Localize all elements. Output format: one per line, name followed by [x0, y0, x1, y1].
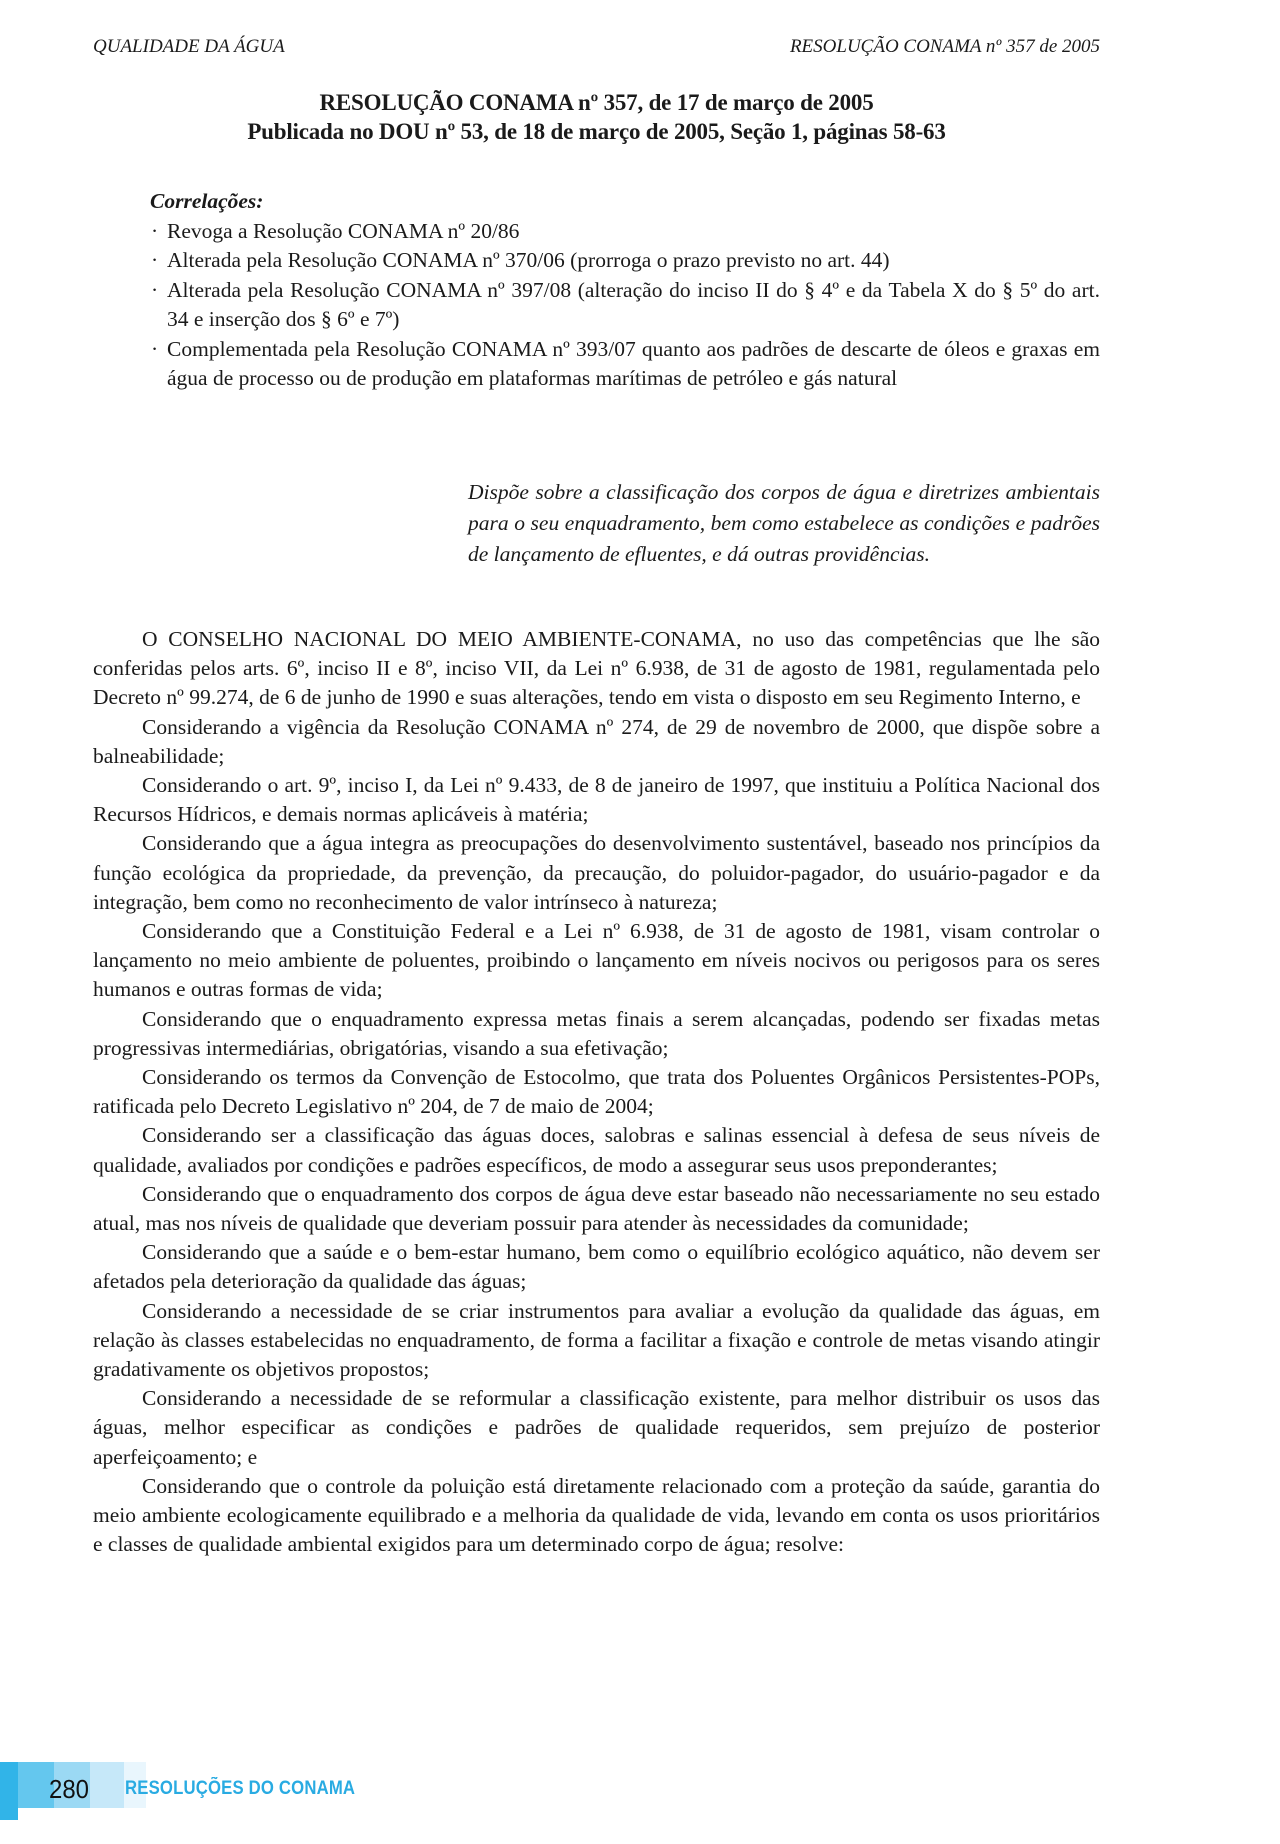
paragraph: Considerando a necessidade de se reformu… [93, 1384, 1100, 1472]
list-item: · Alterada pela Resolução CONAMA nº 370/… [150, 246, 1100, 276]
list-item-text: Alterada pela Resolução CONAMA nº 370/06… [167, 248, 890, 272]
document-title: RESOLUÇÃO CONAMA nº 357, de 17 de março … [73, 88, 1120, 146]
paragraph: Considerando o art. 9º, inciso I, da Lei… [93, 771, 1100, 829]
footer-section-label: RESOLUÇÕES DO CONAMA [125, 1779, 355, 1798]
paragraph: O CONSELHO NACIONAL DO MEIO AMBIENTE-CON… [93, 625, 1100, 713]
paragraph: Considerando que a saúde e o bem-estar h… [93, 1238, 1100, 1296]
body-text: O CONSELHO NACIONAL DO MEIO AMBIENTE-CON… [93, 625, 1100, 1560]
paragraph: Considerando que a Constituição Federal … [93, 917, 1100, 1005]
document-title-line2: Publicada no DOU nº 53, de 18 de março d… [73, 117, 1120, 146]
list-item: · Complementada pela Resolução CONAMA nº… [150, 335, 1100, 394]
correlations-list: · Revoga a Resolução CONAMA nº 20/86 · A… [150, 217, 1100, 394]
paragraph: Considerando a necessidade de se criar i… [93, 1297, 1100, 1385]
footer: 280 RESOLUÇÕES DO CONAMA [0, 1762, 400, 1822]
list-item: · Revoga a Resolução CONAMA nº 20/86 [150, 217, 1100, 247]
paragraph: Considerando os termos da Convenção de E… [93, 1063, 1100, 1121]
paragraph: Considerando ser a classificação das águ… [93, 1121, 1100, 1179]
footer-bar-segment [90, 1762, 124, 1808]
running-header: QUALIDADE DA ÁGUA RESOLUÇÃO CONAMA nº 35… [93, 36, 1100, 58]
paragraph: Considerando a vigência da Resolução CON… [93, 713, 1100, 771]
running-header-right: RESOLUÇÃO CONAMA nº 357 de 2005 [790, 36, 1100, 58]
running-header-left: QUALIDADE DA ÁGUA [93, 36, 285, 58]
paragraph: Considerando que o controle da poluição … [93, 1472, 1100, 1560]
list-item: · Alterada pela Resolução CONAMA nº 397/… [150, 276, 1100, 335]
paragraph: Considerando que a água integra as preoc… [93, 829, 1100, 917]
paragraph: Considerando que o enquadramento dos cor… [93, 1180, 1100, 1238]
correlations-block: Correlações: · Revoga a Resolução CONAMA… [150, 187, 1100, 394]
correlations-heading: Correlações: [150, 187, 1100, 217]
ementa-summary: Dispõe sobre a classificação dos corpos … [468, 477, 1100, 570]
document-title-line1: RESOLUÇÃO CONAMA nº 357, de 17 de março … [73, 88, 1120, 117]
footer-bar-segment [0, 1762, 18, 1820]
bullet-marker: · [151, 217, 158, 247]
list-item-text: Alterada pela Resolução CONAMA nº 397/08… [167, 278, 1100, 332]
bullet-marker: · [151, 246, 158, 276]
list-item-text: Complementada pela Resolução CONAMA nº 3… [167, 337, 1100, 391]
page-number: 280 [44, 1776, 94, 1802]
list-item-text: Revoga a Resolução CONAMA nº 20/86 [167, 219, 519, 243]
document-page: QUALIDADE DA ÁGUA RESOLUÇÃO CONAMA nº 35… [0, 0, 1280, 1844]
paragraph: Considerando que o enquadramento express… [93, 1005, 1100, 1063]
bullet-marker: · [151, 276, 158, 306]
bullet-marker: · [151, 335, 158, 365]
